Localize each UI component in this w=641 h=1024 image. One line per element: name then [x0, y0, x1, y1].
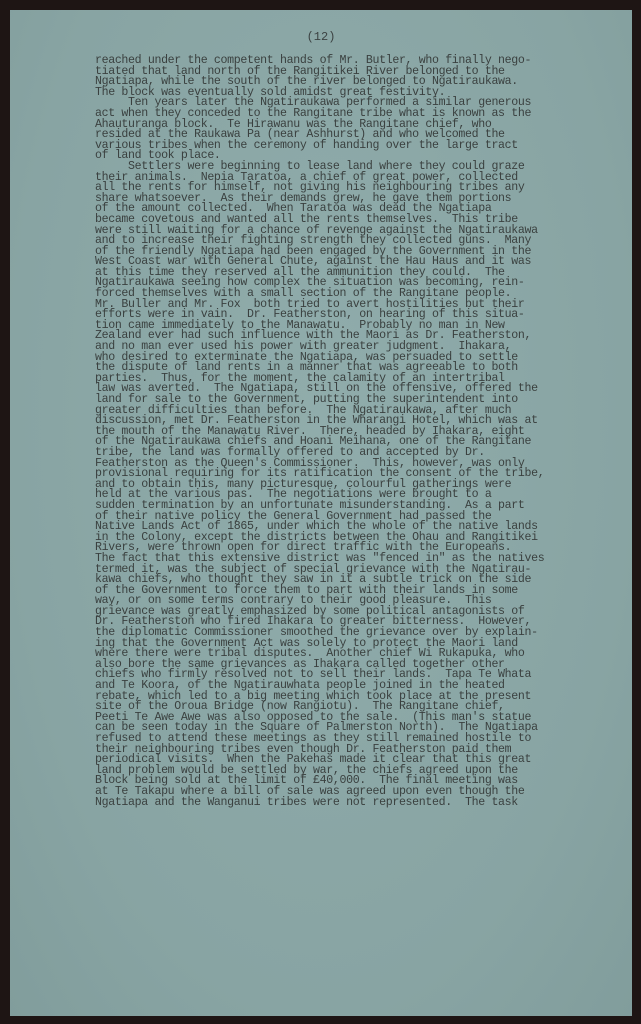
text-line: Ngatiapa and the Wanganui tribes were no…	[95, 798, 625, 809]
body-text: reached under the competent hands of Mr.…	[95, 56, 625, 808]
typewritten-page: (12) reached under the competent hands o…	[10, 10, 632, 1016]
page-number: (12)	[10, 30, 632, 44]
